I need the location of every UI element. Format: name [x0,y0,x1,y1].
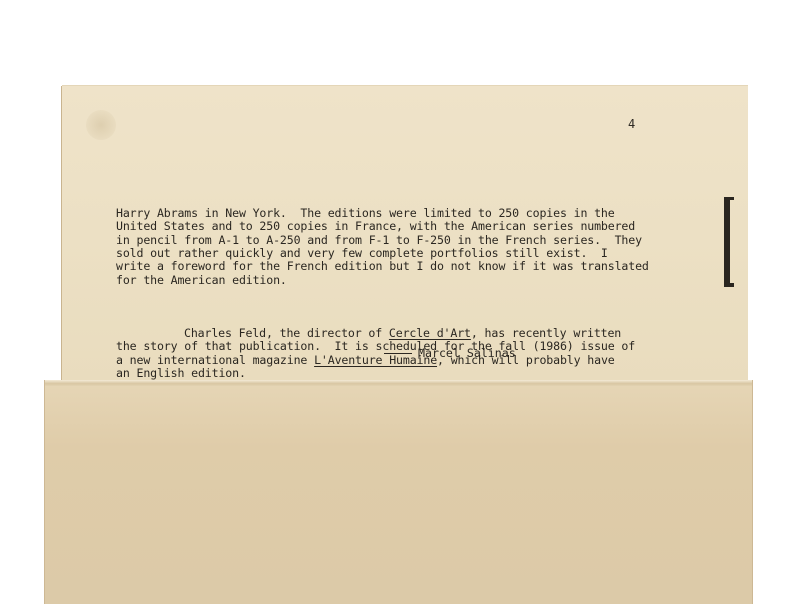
line: sold out rather quickly and very few com… [116,246,608,260]
binder-clip-mark [724,197,730,287]
line: , has recently written [471,326,621,340]
signature-dash [384,353,412,354]
line: an English edition. [116,366,246,380]
signature-name: Marcel Salinas [418,346,516,360]
page-number: 4 [628,117,635,131]
line: United States and to 250 copies in Franc… [116,219,635,233]
paragraph-1: Harry Abrams in New York. The editions w… [116,207,676,287]
lower-folded-sheet [45,380,752,604]
line: a new international magazine [116,353,314,367]
line: for the American edition. [116,273,287,287]
paper-stain [86,110,116,140]
line: in pencil from A-1 to A-250 and from F-1… [116,233,642,247]
line: write a foreword for the French edition … [116,259,649,273]
publisher-title: Cercle d'Art [389,326,471,340]
line: Harry Abrams in New York. The editions w… [116,206,615,220]
letter-body: Harry Abrams in New York. The editions w… [116,180,676,394]
signature: Marcel Salinas [384,346,516,360]
line: Charles Feld, the director of [184,326,389,340]
line: the story of that publication. It is sch… [116,339,635,353]
